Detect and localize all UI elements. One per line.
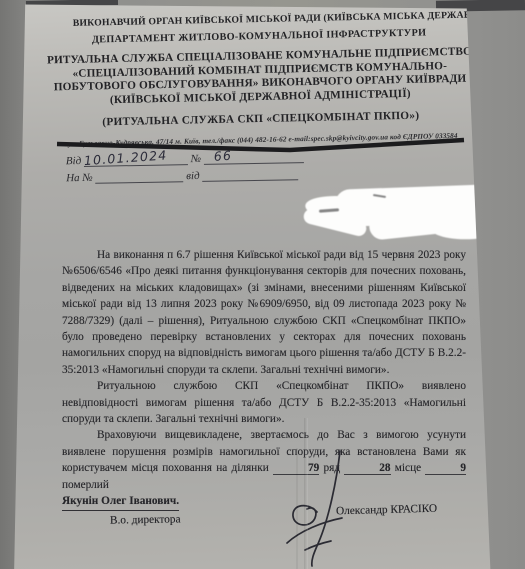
signature-area: В.о. директора Олександр КРАСІКО	[0, 440, 525, 569]
paragraph-findings: Ритуальною службою СКП «Спецкомбінат ПКП…	[62, 378, 466, 427]
letterhead-organization-name: РИТУАЛЬНА СЛУЖБА СПЕЦІАЛІЗОВАНЕ КОМУНАЛЬ…	[39, 45, 480, 108]
reference-block: Від 10.01.2024 № 66 На № від	[66, 149, 327, 188]
number-label: №	[191, 153, 202, 165]
reply-date-underline	[202, 166, 298, 182]
paragraph-inspection: На виконання п 6.7 рішення Київської міс…	[62, 247, 466, 378]
scanned-letter-photo: ВИКОНАВЧИЙ ОРГАН КИЇВСЬКОЇ МІСЬКОЇ РАДИ …	[0, 0, 525, 569]
signer-position-label: В.о. директора	[110, 513, 181, 526]
handwritten-number: 66	[203, 150, 232, 163]
reply-to-label: На №	[66, 172, 93, 184]
letterhead-department-line: ДЕПАРТАМЕНТ ЖИТЛОВО-КОМУНАЛЬНОЇ ІНФРАСТР…	[39, 26, 479, 46]
incoming-reference-row: На № від	[66, 166, 326, 188]
signer-name: Олександр КРАСІКО	[336, 503, 437, 518]
reply-from-label: від	[186, 170, 200, 182]
date-underline: 10.01.2024	[84, 151, 188, 167]
letterhead-authority-line: ВИКОНАВЧИЙ ОРГАН КИЇВСЬКОЇ МІСЬКОЇ РАДИ …	[39, 9, 479, 29]
letterhead-short-name: (РИТУАЛЬНА СЛУЖБА СКП «СПЕЦКОМБІНАТ ПКПО…	[41, 108, 481, 129]
number-underline: 66	[204, 149, 304, 165]
handwritten-date: 10.01.2024	[84, 149, 168, 166]
from-date-label: Від	[66, 155, 82, 167]
redaction-blob	[303, 181, 521, 249]
document-paper: ВИКОНАВЧИЙ ОРГАН КИЇВСЬКОЇ МІСЬКОЇ РАДИ …	[0, 0, 525, 569]
letterhead: ВИКОНАВЧИЙ ОРГАН КИЇВСЬКОЇ МІСЬКОЇ РАДИ …	[39, 9, 482, 148]
letterhead-address-line: вул. Бульварно-Кудрявська, 47/14 м. Київ…	[41, 130, 481, 148]
reply-number-underline	[95, 168, 183, 184]
